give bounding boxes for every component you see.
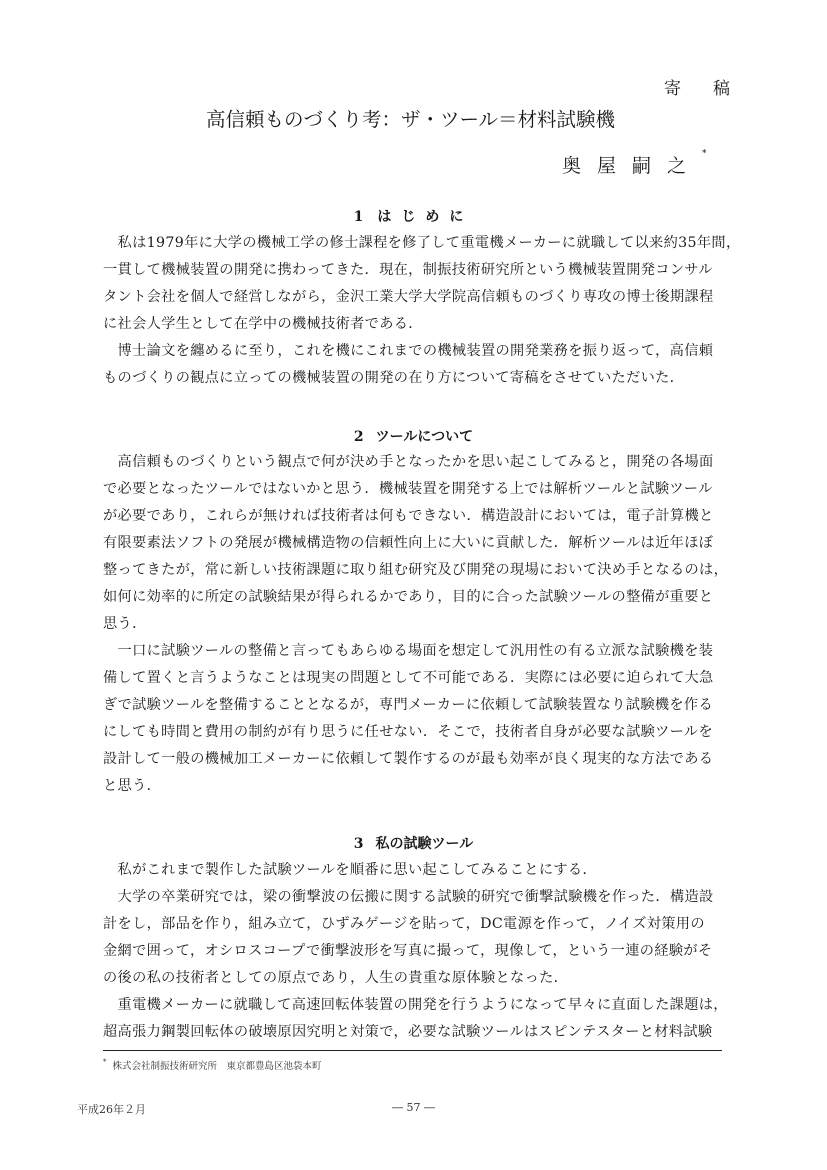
page-number: ― 57 ― [0, 1101, 827, 1114]
paragraph-line: 一口に試験ツールの整備と言ってもあらゆる場面を想定して汎用性の有る立派な試験機を… [103, 640, 728, 662]
author-name: 奥屋嗣之* [562, 151, 707, 178]
paragraph-line: 超高張力鋼製回転体の破壊原因究明と対策で，必要な試験ツールはスピンテスターと材料… [103, 1021, 728, 1043]
section-number: 2 [354, 429, 364, 445]
paragraph-line: 高信頼ものづくりという観点で何が決め手となったかを思い起こしてみると，開発の各場… [103, 451, 728, 473]
paragraph-line: に社会人学生として在学中の機械技術者である． [103, 313, 728, 335]
section-heading-2: 2ツールについて [0, 426, 827, 446]
author-name-text: 奥屋嗣之 [562, 155, 702, 177]
paragraph-line: 備して置くと言うようなことは現実の問題として不可能である．実際には必要に迫られて… [103, 667, 728, 689]
section-number: 1 [354, 209, 364, 225]
paragraph-line: にしても時間と費用の制約が有り思うに任せない．そこで，技術者自身が必要な試験ツー… [103, 721, 728, 743]
section-heading-3: 3私の試験ツール [0, 833, 827, 853]
paragraph-line: 金網で囲って，オシロスコープで衝撃波形を写真に撮って，現像して，という一連の経験… [103, 940, 728, 962]
section-title: 私の試験ツール [376, 836, 474, 852]
section-title: はじめに [377, 209, 473, 225]
paragraph-line: 思う． [103, 613, 728, 635]
author-footnote-mark: * [702, 149, 707, 159]
paragraph-line: 計をし，部品を作り，組み立て，ひずみゲージを貼って，DC電源を作って，ノイズ対策… [103, 913, 728, 935]
paragraph-line: 如何に効率的に所定の試験結果が得られるかであり，目的に合った試験ツールの整備が重… [103, 586, 728, 608]
footnote-divider [103, 1050, 722, 1051]
paragraph-line: 一貫して機械装置の開発に携わってきた．現在，制振技術研究所という機械装置開発コン… [103, 259, 728, 281]
footnote-mark: * [103, 1058, 107, 1066]
paragraph-line: 整ってきたが，常に新しい技術課題に取り組む研究及び開発の現場において決め手となる… [103, 559, 728, 581]
footnote-text: 株式会社制振技術研究所 東京都豊島区池袋本町 [113, 1061, 322, 1072]
article-title-text: 高信頼ものづくり考：ザ・ツール＝材料試験機 [206, 108, 615, 131]
paragraph-line: の後の私の技術者としての原点であり，人生の貴重な原体験となった． [103, 967, 728, 989]
paragraph-line: 博士論文を纏めるに至り，これを機にこれまでの機械装置の開発業務を振り返って，高信… [103, 340, 728, 362]
paragraph-line: 大学の卒業研究では，梁の衝撃波の伝搬に関する試験的研究で衝撃試験機を作った．構造… [103, 886, 728, 908]
paragraph-line: タント会社を個人で経営しながら，金沢工業大学大学院高信頼ものづくり専攻の博士後期… [103, 286, 728, 308]
paragraph-line: 私は1979年に大学の機械工学の修士課程を修了して重電機メーカーに就職して以来約… [103, 232, 728, 254]
paragraph-line: で必要となったツールではないかと思う．機械装置を開発する上では解析ツールと試験ツ… [103, 478, 728, 500]
section-title: ツールについて [376, 429, 473, 445]
paragraph-line: が必要であり，これらが無ければ技術者は何もできない．構造設計においては，電子計算… [103, 505, 728, 527]
section-number: 3 [354, 836, 364, 852]
paragraph-line: 設計して一般の機械加工メーカーに依頼して製作するのが最も効率が良く現実的な方法で… [103, 748, 728, 770]
article-category: 寄稿 [664, 74, 762, 99]
article-title: 高信頼ものづくり考：ザ・ツール＝材料試験機 [0, 104, 827, 132]
paragraph-line: ぎで試験ツールを整備することとなるが，専門メーカーに依頼して試験装置なり試験機を… [103, 694, 728, 716]
section-heading-1: 1はじめに [0, 206, 827, 226]
paragraph-line: 私がこれまで製作した試験ツールを順番に思い起こしてみることにする． [103, 859, 728, 881]
paragraph-line: 有限要素法ソフトの発展が機械構造物の信頼性向上に大いに貢献した．解析ツールは近年… [103, 532, 728, 554]
footnote: *株式会社制振技術研究所 東京都豊島区池袋本町 [103, 1058, 322, 1072]
paragraph-line: ものづくりの観点に立っての機械装置の開発の在り方について寄稿をさせていただいた． [103, 367, 728, 389]
paragraph-line: 重電機メーカーに就職して高速回転体装置の開発を行うようになって早々に直面した課題… [103, 994, 728, 1016]
paragraph-line: と思う． [103, 775, 728, 797]
